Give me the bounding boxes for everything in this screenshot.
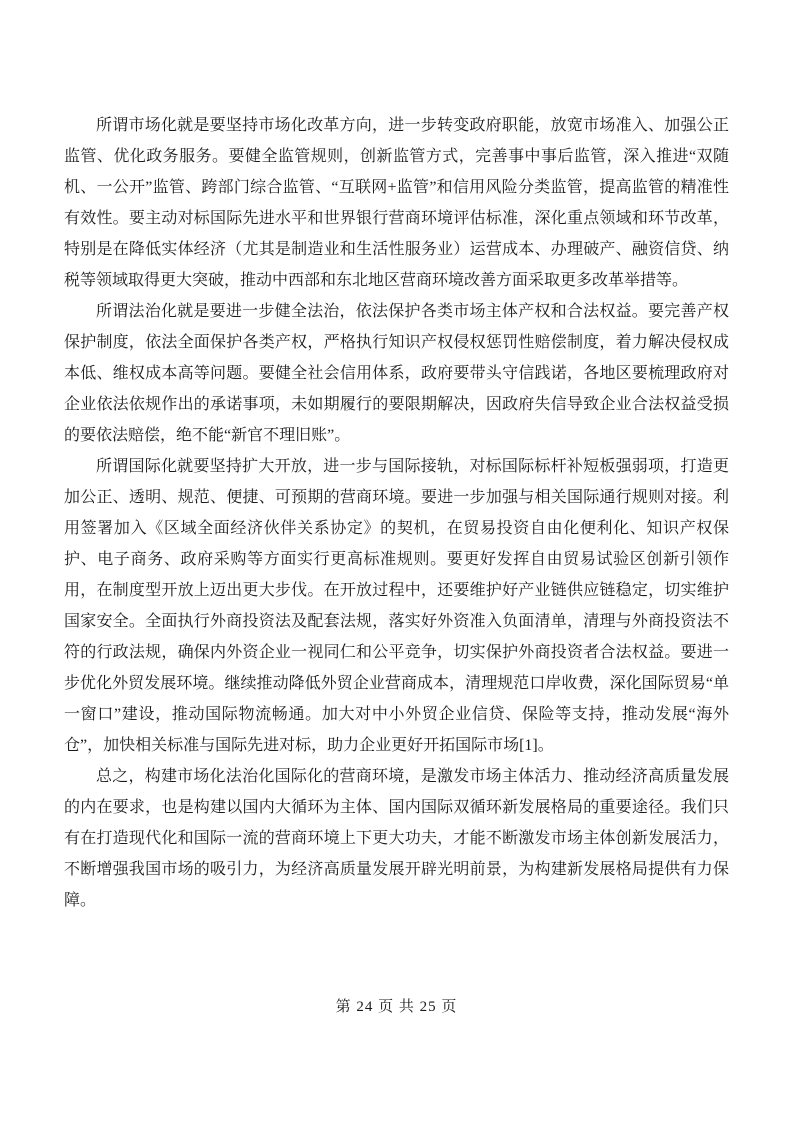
document-page: 所谓市场化就是要坚持市场化改革方向，进一步转变政府职能，放宽市场准入、加强公正监… [0, 0, 793, 1122]
paragraph-conclusion: 总之，构建市场化法治化国际化的营商环境，是激发市场主体活力、推动经济高质量发展的… [64, 761, 729, 916]
paragraph-internationalization: 所谓国际化就要坚持扩大开放，进一步与国际接轨，对标国际标杆补短板强弱项，打造更加… [64, 451, 729, 761]
page-number-footer: 第 24 页 共 25 页 [0, 995, 793, 1016]
paragraph-marketization: 所谓市场化就是要坚持市场化改革方向，进一步转变政府职能，放宽市场准入、加强公正监… [64, 110, 729, 296]
paragraph-rule-of-law: 所谓法治化就是要进一步健全法治，依法保护各类市场主体产权和合法权益。要完善产权保… [64, 296, 729, 451]
document-body: 所谓市场化就是要坚持市场化改革方向，进一步转变政府职能，放宽市场准入、加强公正监… [64, 110, 729, 916]
